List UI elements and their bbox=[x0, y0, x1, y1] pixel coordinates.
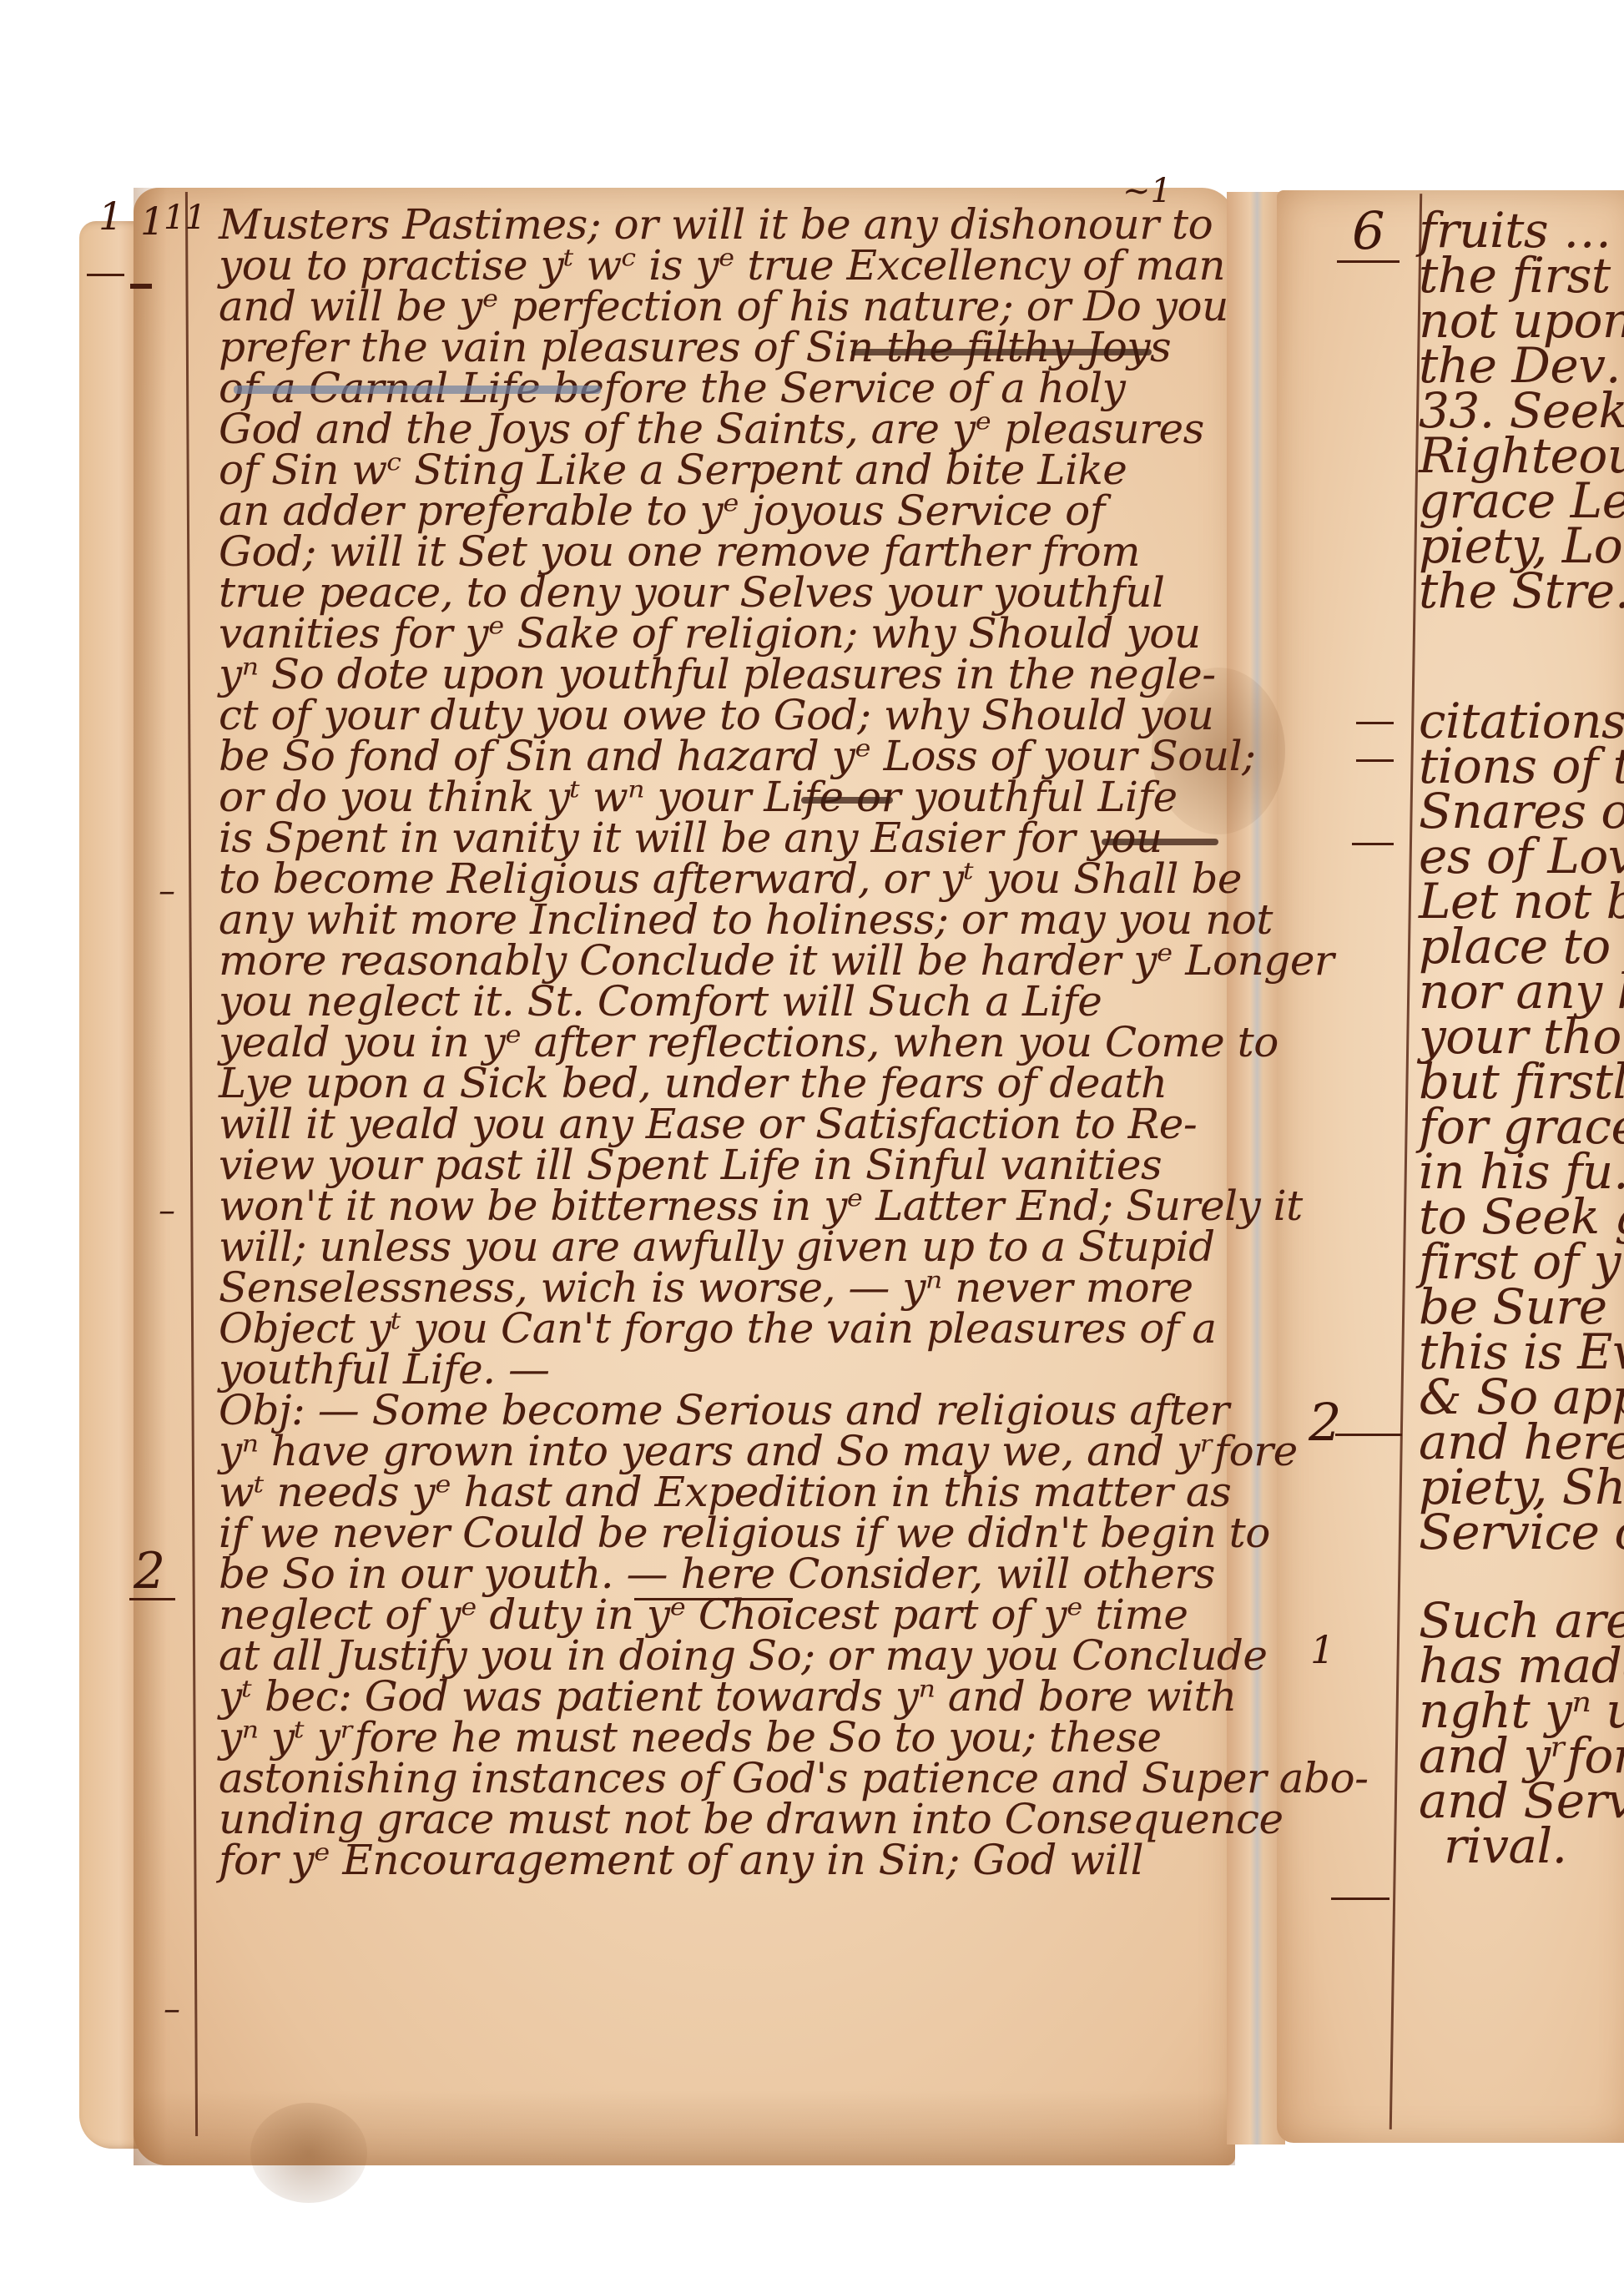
margin-dash: – bbox=[159, 1192, 175, 1230]
margin-tick bbox=[1337, 260, 1400, 263]
strikethrough bbox=[801, 797, 893, 804]
margin-dash: – bbox=[159, 872, 175, 910]
underline bbox=[634, 1598, 793, 1600]
margin-tick bbox=[1352, 843, 1394, 845]
margin-tick bbox=[1356, 722, 1394, 724]
margin-tick bbox=[1356, 759, 1394, 762]
strikethrough-blue bbox=[234, 386, 601, 394]
ink-stain bbox=[250, 2103, 367, 2203]
margin-tick bbox=[87, 274, 124, 276]
margin-number: 2 bbox=[1309, 1392, 1341, 1453]
manuscript-line: for yᵉ Encouragement of any in Sin; God … bbox=[219, 1836, 1143, 1884]
manuscript-line: rival. bbox=[1444, 1817, 1567, 1874]
right-page-text: fruits … the first … not upon … the Dev…… bbox=[1410, 190, 1624, 2143]
margin-tick bbox=[130, 284, 152, 289]
manuscript-line: Service of… bbox=[1419, 1504, 1624, 1560]
manuscript-line: the Stre… bbox=[1419, 562, 1624, 619]
margin-tick bbox=[1335, 1434, 1402, 1436]
strikethrough bbox=[1102, 839, 1218, 845]
margin-number: 1 bbox=[1310, 1627, 1334, 1672]
corner-mark: 1 bbox=[140, 199, 164, 244]
margin-dash: – bbox=[164, 1990, 180, 2029]
corner-mark: 1 bbox=[98, 194, 123, 239]
strikethrough bbox=[851, 349, 1152, 355]
margin-tick bbox=[1331, 1898, 1389, 1900]
margin-number: 2 bbox=[134, 1542, 165, 1600]
corner-mark: 11 bbox=[164, 199, 206, 237]
margin-tick bbox=[129, 1598, 175, 1600]
margin-number: 6 bbox=[1352, 200, 1384, 261]
